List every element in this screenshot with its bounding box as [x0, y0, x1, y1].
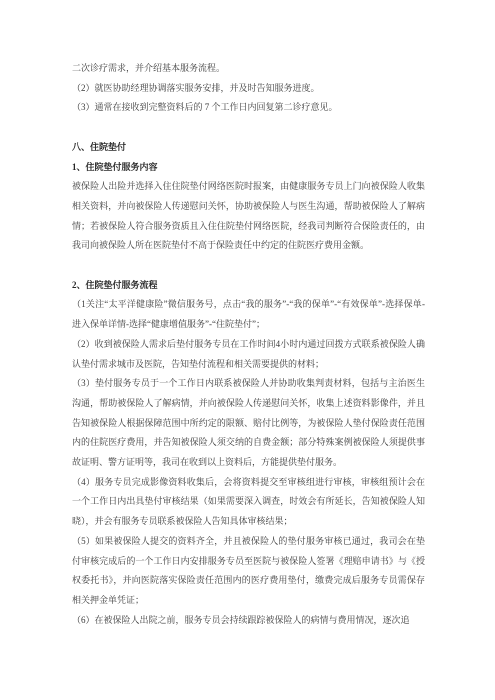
subsection-1-heading: 1、住院垫付服务内容 [72, 158, 425, 178]
list-item-3: （3）通常在接收到完整资料后的 7 个工作日内回复第二诊疗意见。 [72, 98, 425, 118]
service-step-5: （5）如果被保险人提交的资料齐全，并且被保险人的垫付服务审核已通过，我司会在垫付… [72, 532, 425, 611]
subsection-1-body: 被保险人出险并选择入住住院垫付网络医院时报案，由健康服务专员上门向被保险人收集相… [72, 177, 425, 256]
service-step-6: （6）在被保险人出院之前，服务专员会持续跟踪被保险人的病情与费用情况，逐次追 [72, 611, 425, 631]
service-step-3: （3）垫付服务专员于一个工作日内联系被保险人并协助收集判责材料，包括与主治医生沟… [72, 374, 425, 473]
section-8-heading: 八、住院垫付 [72, 138, 425, 158]
service-step-1: （1关注“太平洋健康险”微信服务号，点击“我的服务”-“我的保单”-“有效保单”… [72, 295, 425, 334]
continuation-line: 二次诊疗需求，并介绍基本服务流程。 [72, 59, 425, 79]
service-step-4: （4）服务专员完成影像资料收集后，会将资料提交至审核组进行审核，审核组预计会在一… [72, 473, 425, 532]
subsection-2-heading: 2、住院垫付服务流程 [72, 276, 425, 296]
document-text-column: 二次诊疗需求，并介绍基本服务流程。 （2）就医协助经理协调落实服务安排，并及时告… [72, 59, 425, 630]
list-item-2: （2）就医协助经理协调落实服务安排，并及时告知服务进度。 [72, 79, 425, 99]
document-page: 二次诊疗需求，并介绍基本服务流程。 （2）就医协助经理协调落实服务安排，并及时告… [0, 0, 495, 700]
service-step-2: （2）收到被保险人需求后垫付服务专员在工作时间4小时内通过回拨方式联系被保险人确… [72, 335, 425, 374]
